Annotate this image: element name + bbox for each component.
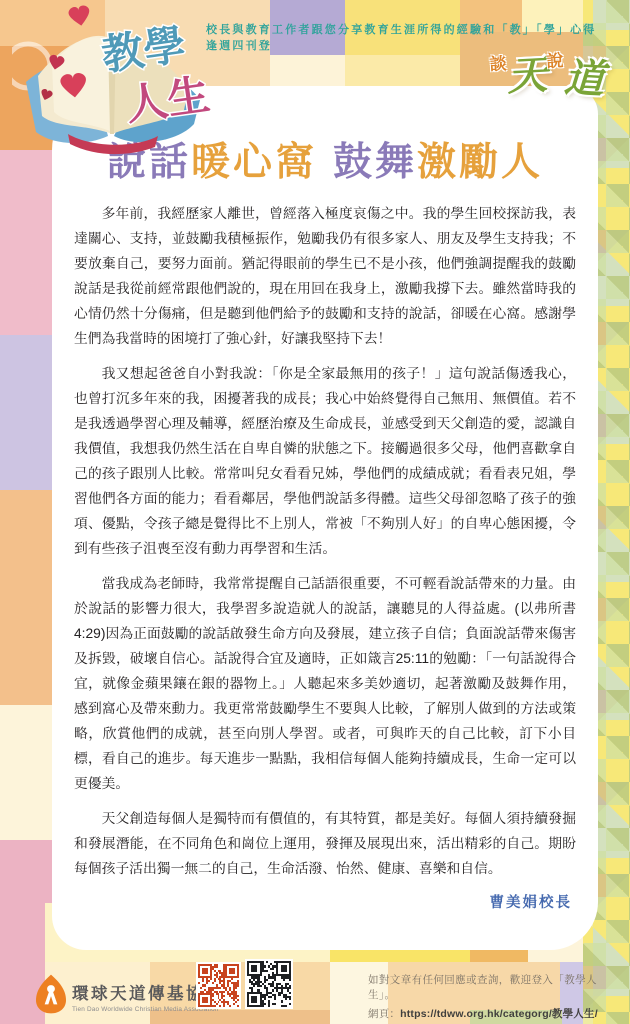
- paragraph-3: 當我成為老師時，我常常提醒自己話語很重要，不可輕看說話帶來的力量。由於說話的影響…: [74, 571, 576, 796]
- paragraph-2: 我又想起爸爸自小對我說：「你是全家最無用的孩子！」這句說話傷透我心，也曾打沉多年…: [74, 361, 576, 561]
- open-book-icon: 教學 人生: [12, 4, 227, 156]
- paragraph-4: 天父創造每個人是獨特而有價值的，有其特質，都是美好。每個人須持續發掘和發展潛能，…: [74, 806, 576, 881]
- footer-note: 如對文章有任何回應或查詢，歡迎登入「教學人生」。 網頁：https://tdww…: [368, 972, 620, 1021]
- author-signature: 曹美娟校長: [52, 891, 572, 912]
- article-body: 多年前，我經歷家人離世，曾經落入極度哀傷之中。我的學生回校探訪我，表達關心、支持…: [52, 201, 598, 881]
- page: 說話暖心窩鼓舞激勵人 多年前，我經歷家人離世，曾經落入極度哀傷之中。我的學生回校…: [0, 0, 630, 1024]
- title-seg-4: 激勵人: [417, 141, 543, 184]
- ttsd-char-1: 談: [489, 49, 507, 75]
- qr-code-red: [196, 962, 241, 1009]
- article-card: 說話暖心窩鼓舞激勵人 多年前，我經歷家人離世，曾經落入極度哀傷之中。我的學生回校…: [52, 86, 598, 950]
- ttsd-char-3: 說: [546, 46, 564, 72]
- paragraph-1: 多年前，我經歷家人離世，曾經落入極度哀傷之中。我的學生回校探訪我，表達關心、支持…: [74, 201, 576, 351]
- qr-code-black: [245, 959, 293, 1009]
- ttsd-char-4: 道: [563, 46, 606, 105]
- logo-word-teaching: 教學: [99, 21, 189, 79]
- teaching-life-logo: 教學 人生: [12, 4, 227, 156]
- footer-url-label: 網頁：: [368, 1008, 400, 1020]
- talk-column-logo: 談 天 說 道: [470, 30, 624, 112]
- footer-note-line-2: 網頁：https://tdww.org.hk/categorg/教學人生/: [368, 1006, 620, 1021]
- footer-url[interactable]: https://tdww.org.hk/categorg/教學人生/: [400, 1008, 598, 1020]
- title-seg-3: 鼓舞: [333, 141, 417, 184]
- ttsd-char-2: 天: [506, 43, 549, 102]
- footer-note-line-1: 如對文章有任何回應或查詢，歡迎登入「教學人生」。: [368, 972, 620, 1002]
- tiendao-flame-icon: [36, 972, 66, 1016]
